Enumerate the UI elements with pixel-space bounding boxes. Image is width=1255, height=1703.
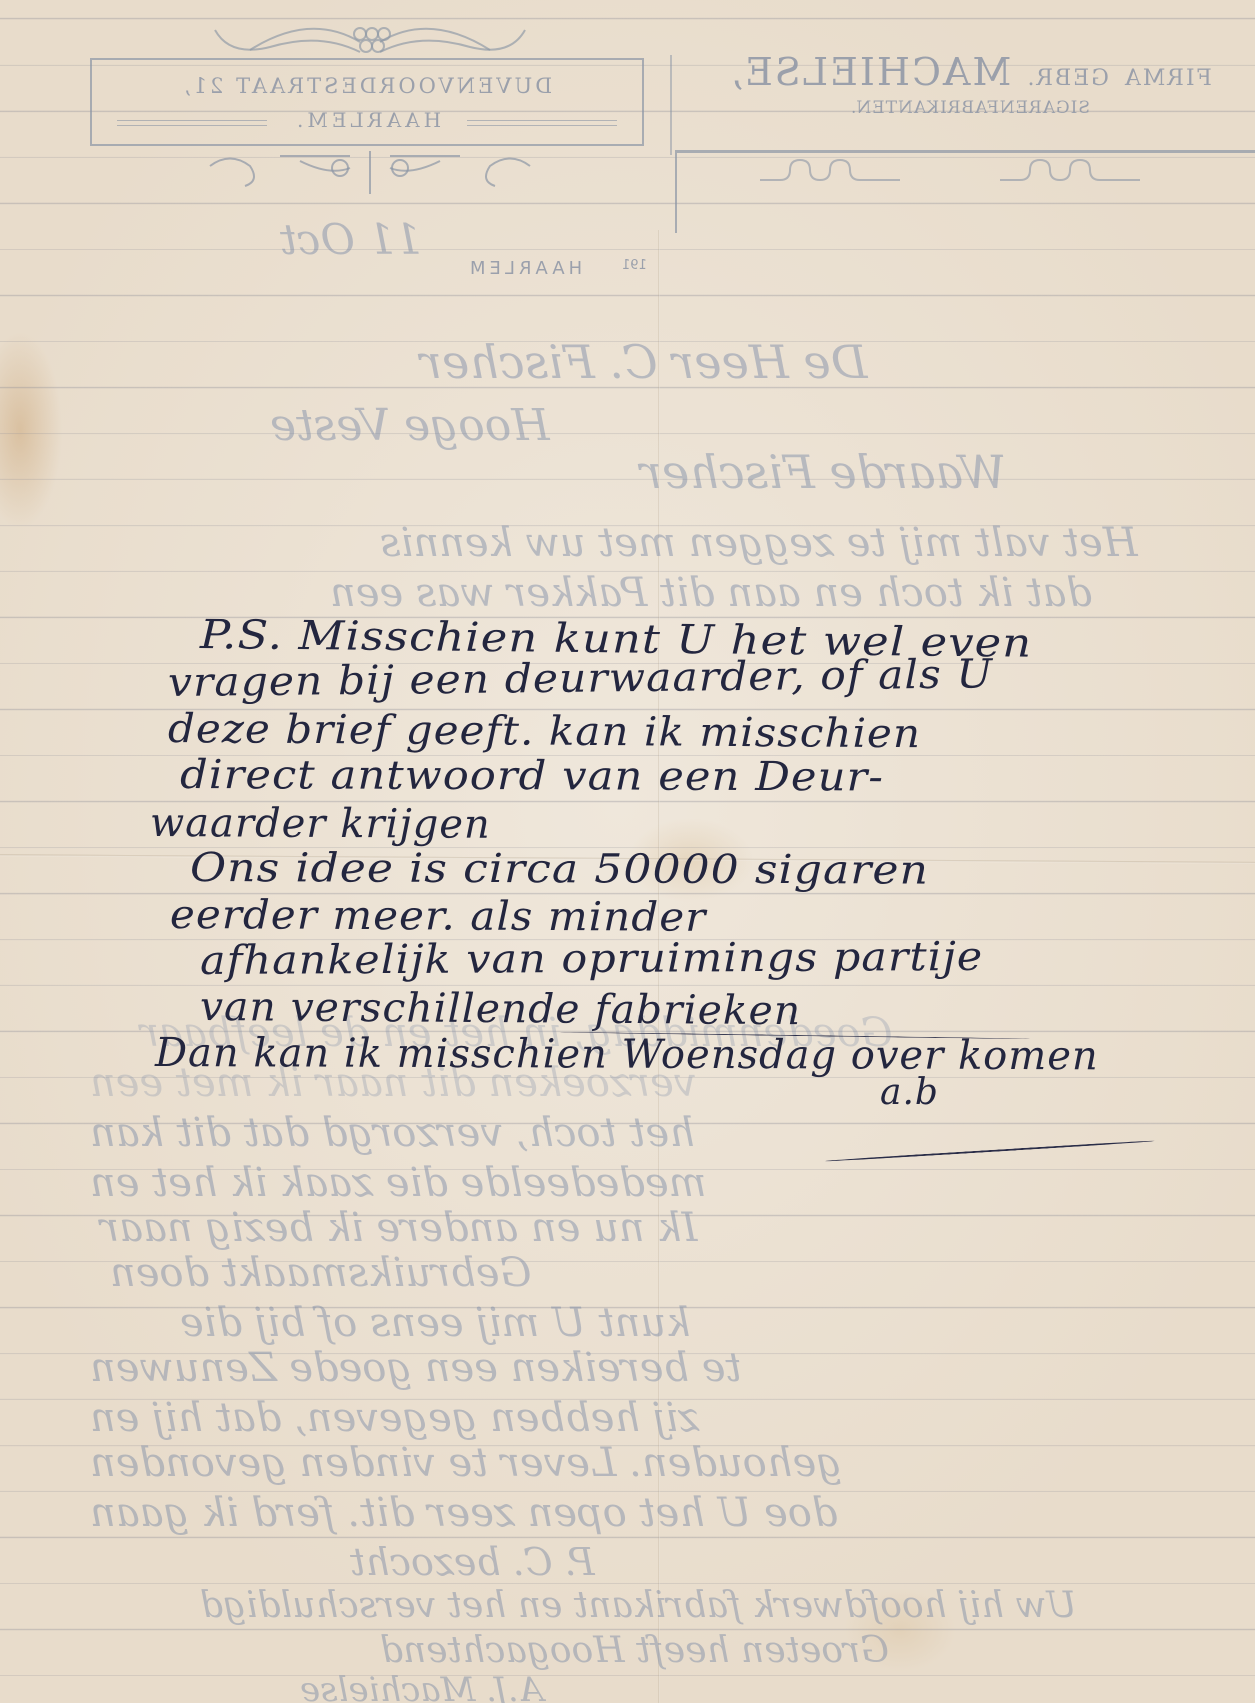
bleed-line: dat ik toch en aan dit Pakker was een	[330, 570, 1092, 616]
bleed-line: het toch, verzorgd dat dit kan	[90, 1110, 695, 1156]
bleed-salutation-2: Hooge Veste	[270, 400, 550, 451]
wave-ornament-icon	[760, 150, 1255, 200]
address-city: HAARLEM.	[293, 108, 441, 132]
firm-name: FIRMA GEBR. MACHIELSE,	[729, 50, 1212, 94]
bleed-date: 11 Oct	[280, 215, 422, 264]
firm-divider	[670, 55, 672, 155]
printed-year: 191	[622, 258, 647, 273]
ps-line-4: direct antwoord van een Deur-	[180, 752, 884, 800]
bleed-salutation-3: Waarde Fischer	[640, 445, 1006, 499]
ps-line-7: eerder meer. als minder	[170, 892, 707, 941]
bleed-line: Groeten heeft Hoogachtend	[380, 1630, 889, 1671]
bleed-line: Ik nu en andere ik bezig naar	[100, 1205, 697, 1251]
ps-line-2: vragen bij een deurwaarder, of als U	[168, 651, 994, 706]
ps-line-9: van verschillende fabrieken	[200, 984, 801, 1034]
address-box: DUVENVOORDESTRAAT 21, HAARLEM.	[90, 58, 644, 146]
firm-subtitle: SIGARENFABRIKANTEN.	[850, 98, 1090, 118]
ps-line-5: waarder krijgen	[150, 800, 491, 848]
firm-gebr: GEBR.	[1025, 66, 1108, 91]
printed-city: HAARLEM	[466, 258, 582, 279]
bleed-line: P. C. bezocht	[350, 1540, 595, 1584]
ps-signoff: a.b	[880, 1072, 939, 1113]
bleed-line: Het valt mij te zeggen met uw kennis	[380, 520, 1138, 566]
bottom-ornament-icon	[200, 146, 540, 196]
bleed-line: doe U het open zeer dit. ferd ik gaan	[90, 1490, 837, 1536]
ps-line-3: deze brief geeft. kan ik misschien	[168, 706, 921, 757]
ps-line-6: Ons idee is circa 50000 sigaren	[190, 845, 929, 894]
letter-page: DUVENVOORDESTRAAT 21, HAARLEM. FIRMA GEB…	[0, 0, 1255, 1703]
firm-surname: MACHIELSE,	[729, 50, 1011, 94]
bleed-line: zij hebben gegeven, dat hij en	[90, 1395, 699, 1441]
top-ornament-icon	[210, 12, 530, 62]
bleed-line: mededeelde die zaak ik het en	[90, 1160, 707, 1206]
address-street: DUVENVOORDESTRAAT 21,	[181, 74, 552, 98]
bleed-line: kunt U mij eens of bij die	[180, 1300, 690, 1346]
bleed-line: Uw hij hoofdwerk fabrikant en het versch…	[200, 1585, 1077, 1626]
bleed-salutation-1: De Heer C. Fischer	[420, 335, 868, 389]
ps-line-8: afhankelijk van opruimings partije	[200, 934, 983, 984]
bleed-line: gehouden. Lever te vinden gevonden	[90, 1440, 842, 1486]
firm-prefix: FIRMA	[1123, 66, 1212, 91]
bleed-line: A.J. Machielse	[300, 1670, 543, 1703]
bleed-line: te bereiken een goede Zenuwen	[90, 1345, 742, 1391]
bleed-line: Gebruiksmaakt doen	[110, 1250, 531, 1296]
